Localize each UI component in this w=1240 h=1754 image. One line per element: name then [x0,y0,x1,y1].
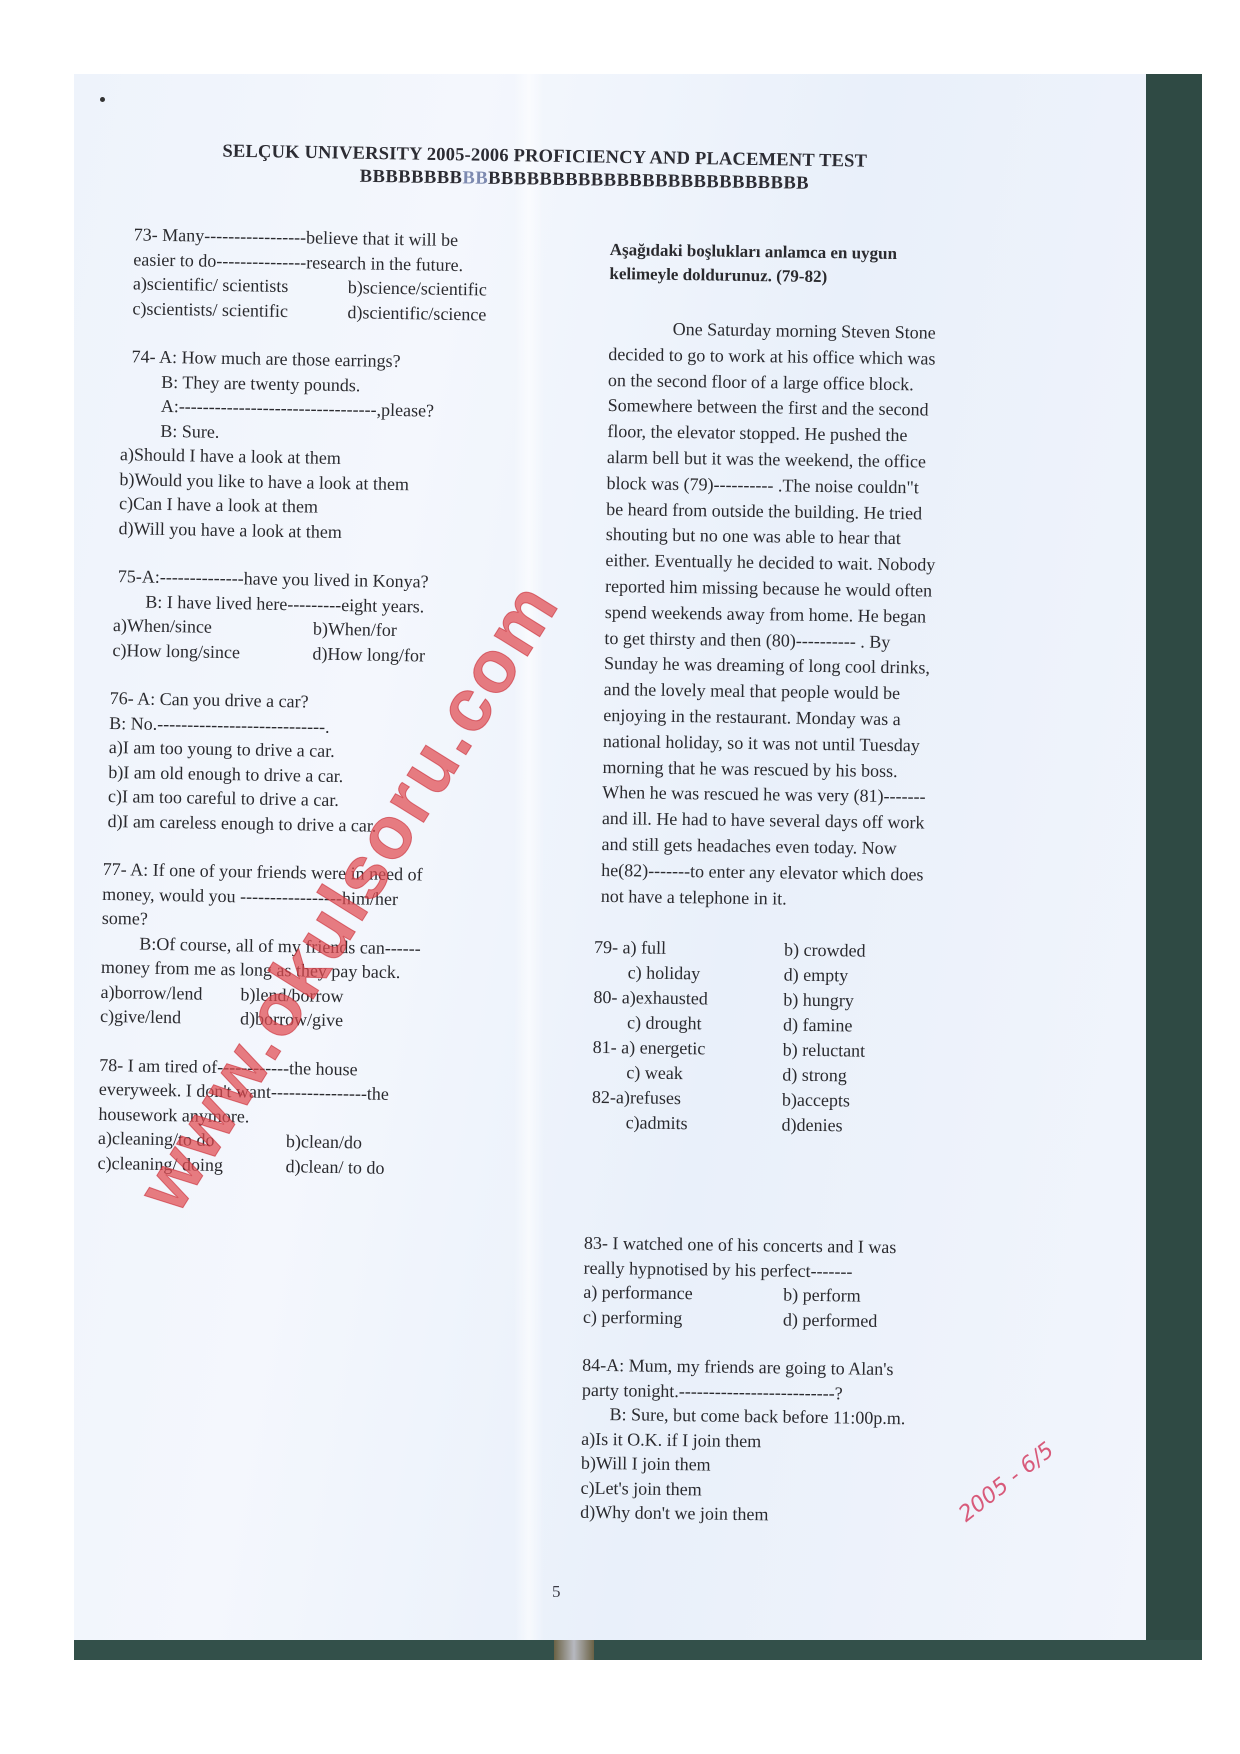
answer-option: 82-a)refuses [592,1085,782,1113]
option-c: c)How long/since [112,638,312,666]
option-a: a)scientific/ scientists [133,271,348,299]
option-c: c)scientists/ scientific [132,296,347,324]
instruction-line: kelimeyle doldurunuz. (79-82) [609,262,1039,292]
scan-speck [100,97,105,102]
form-code-part: BBBBBBBBBBBBBBBBBBBBBBBBB [488,169,809,194]
cloze-answer-options: 79- a) fullb) crowdedc) holidayd) empty8… [591,935,1030,1141]
section-instructions: Aşağıdaki boşlukları anlamca en uygun ke… [609,238,1040,292]
question-83: 83- I watched one of his concerts and I … [583,1231,1026,1335]
answer-option: b) crowded [784,938,1030,966]
answer-option: c) weak [592,1060,782,1088]
scanner-glare [554,1640,594,1660]
answer-option: d) empty [784,963,1030,991]
question-73: 73- Many-----------------believe that it… [112,222,564,328]
answer-option: 79- a) full [594,935,784,963]
option-d: d)scientific/science [347,300,562,328]
answer-option: 81- a) energetic [593,1035,783,1063]
answer-option: d) strong [782,1063,1028,1091]
answer-option: c) holiday [594,960,784,988]
scanner-edge [74,1640,1202,1660]
option-d: d)clean/ to do [285,1154,547,1183]
form-code-part: BBBBBBBB [360,167,463,189]
option-a: a)borrow/lend [100,979,240,1006]
option-a: a)When/since [113,613,313,641]
answer-option: c)admits [591,1110,781,1138]
page-number: 5 [552,1582,561,1602]
passage-line: not have a telephone in it. [601,883,1031,915]
answer-option: 80- a)exhausted [593,985,783,1013]
reading-passage: One Saturday morning Steven Stonedecided… [601,316,1039,915]
option-c: c) performing [583,1305,783,1332]
answer-option: d) famine [783,1013,1029,1041]
option-d: d) performed [783,1307,1025,1335]
option-a: a) performance [583,1280,783,1307]
option-b: b)science/scientific [348,275,563,303]
right-column: Aşağıdaki boşlukları anlamca en uygun ke… [592,238,1040,1555]
question-74: 74- A: How much are those earrings? B: T… [108,344,561,548]
answer-option: d)denies [781,1113,1027,1141]
form-code-part-faded: BB [462,168,488,188]
answer-option: b) hungry [783,988,1029,1016]
answer-option: b) reluctant [783,1038,1029,1066]
option-b: b) perform [783,1283,1025,1311]
answer-option: c) drought [593,1010,783,1038]
answer-option: b)accepts [782,1088,1028,1116]
